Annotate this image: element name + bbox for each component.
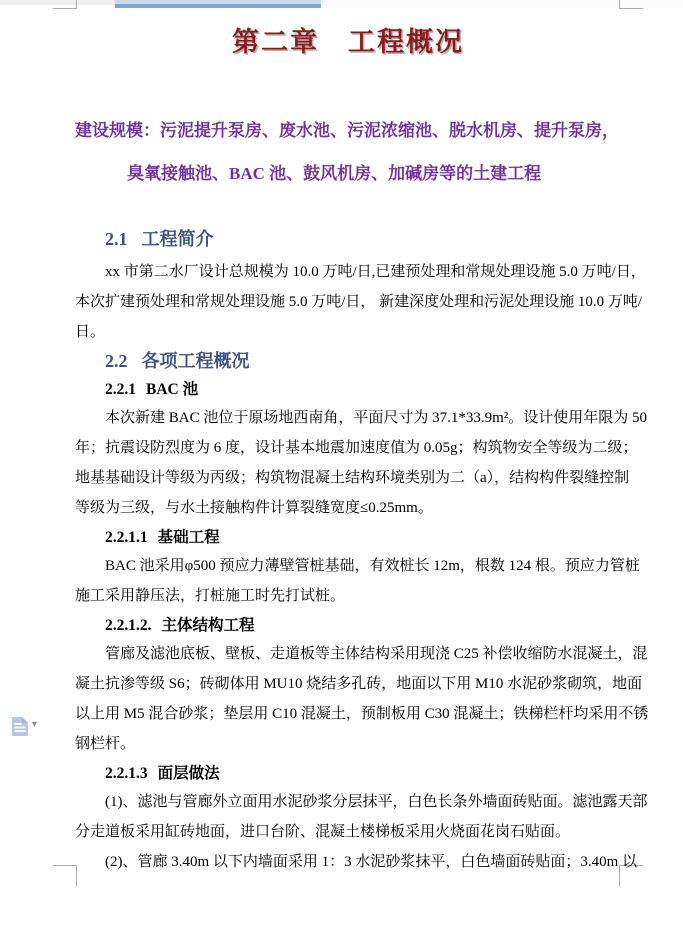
heading-number: 2.2.1.3 [105,765,148,782]
paragraph-2-2-1: 本次新建 BAC 池位于原场地西南角，平面尺寸为 37.1*33.9m²。设计使… [75,403,621,523]
document-page: ▾ 第二章 工程概况 建设规模：污泥提升泵房、废水池、污泥浓缩池、脱水机房、提升… [0,0,683,937]
heading-number: 2.2.1.2. [105,617,152,634]
section-heading-2-2-1-2: 2.2.1.2.主体结构工程 [75,613,621,639]
section-heading-2-2-1-1: 2.2.1.1基础工程 [75,525,621,551]
text-line: 本次扩建预处理和常规处理设施 5.0 万吨/日， 新建深度处理和污泥处理设施 1… [75,287,621,317]
document-content: 第二章 工程概况 建设规模：污泥提升泵房、废水池、污泥浓缩池、脱水机房、提升泵房… [75,0,621,877]
paragraph-2-2-1-3: (1)、滤池与管廊外立面用水泥砂浆分层抹平，白色长条外墙面砖贴面。滤池露天部 分… [75,787,621,877]
text-line: 钢栏杆。 [75,729,621,759]
construction-scale-line-2: 臭氧接触池、BAC 池、鼓风机房、加碱房等的土建工程 [75,161,621,187]
text-line: xx 市第二水厂设计总规模为 10.0 万吨/日,已建预处理和常规处理设施 5.… [75,257,621,287]
text-line: 等级为三级，与水土接触构件计算裂缝宽度≤0.25mm。 [75,493,621,523]
section-heading-2-1: 2.1工程简介 [75,225,621,253]
text-line: 地基基础设计等级为丙级；构筑物混凝土结构环境类别为二（a），结构构件裂缝控制 [75,463,621,493]
text-line: 日。 [75,317,621,347]
margin-crop-mark-top-right [619,0,643,9]
text-line: 年；抗震设防烈度为 6 度，设计基本地震加速度值为 0.05g；构筑物安全等级为… [75,433,621,463]
text-line: 以上用 M5 混合砂浆；垫层用 C10 混凝土，预制板用 C30 混凝土；铁梯栏… [75,699,621,729]
text-line: 分走道板采用缸砖地面，进口台阶、混凝土楼梯板采用火烧面花岗石贴面。 [75,817,621,847]
paste-options-icon [11,716,29,737]
heading-number: 2.2 [105,351,128,371]
heading-text: 主体结构工程 [162,617,255,634]
heading-number: 2.2.1.1 [105,529,148,546]
margin-crop-mark-top-left [53,0,77,9]
text-line: 本次新建 BAC 池位于原场地西南角，平面尺寸为 37.1*33.9m²。设计使… [75,403,621,433]
text-line: 管廊及滤池底板、壁板、走道板等主体结构采用现浇 C25 补偿收缩防水混凝土，混 [75,639,621,669]
heading-number: 2.1 [105,229,128,249]
heading-number: 2.2.1 [105,381,136,398]
section-heading-2-2-1: 2.2.1BAC 池 [75,377,621,403]
paragraph-2-2-1-2: 管廊及滤池底板、壁板、走道板等主体结构采用现浇 C25 补偿收缩防水混凝土，混 … [75,639,621,759]
heading-text: 面层做法 [158,765,220,782]
paste-options-button[interactable] [11,716,29,737]
text-line: (1)、滤池与管廊外立面用水泥砂浆分层抹平，白色长条外墙面砖贴面。滤池露天部 [75,787,621,817]
construction-scale-line-1: 建设规模：污泥提升泵房、废水池、污泥浓缩池、脱水机房、提升泵房， [75,118,621,144]
text-line: BAC 池采用φ500 预应力薄壁管桩基础，有效桩长 12m，根数 124 根。… [75,551,621,581]
section-heading-2-2-1-3: 2.2.1.3面层做法 [75,761,621,787]
heading-text: 工程简介 [142,229,214,249]
heading-text: BAC 池 [146,381,198,398]
margin-crop-mark-bottom-left [53,865,77,887]
paragraph-2-2-1-1: BAC 池采用φ500 预应力薄壁管桩基础，有效桩长 12m，根数 124 根。… [75,551,621,611]
text-line: 施工采用静压法，打桩施工时先打试桩。 [75,581,621,611]
heading-text: 基础工程 [158,529,220,546]
text-line: (2)、管廊 3.40m 以下内墙面采用 1：3 水泥砂浆抹平，白色墙面砖贴面；… [75,847,621,877]
section-heading-2-2: 2.2各项工程概况 [75,347,621,375]
paragraph-2-1: xx 市第二水厂设计总规模为 10.0 万吨/日,已建预处理和常规处理设施 5.… [75,257,621,347]
text-line: 凝土抗渗等级 S6；砖砌体用 MU10 烧结多孔砖，地面以下用 M10 水泥砂浆… [75,669,621,699]
heading-text: 各项工程概况 [142,351,250,371]
chapter-title: 第二章 工程概况 [75,22,621,62]
dropdown-arrow-icon[interactable]: ▾ [32,718,37,732]
